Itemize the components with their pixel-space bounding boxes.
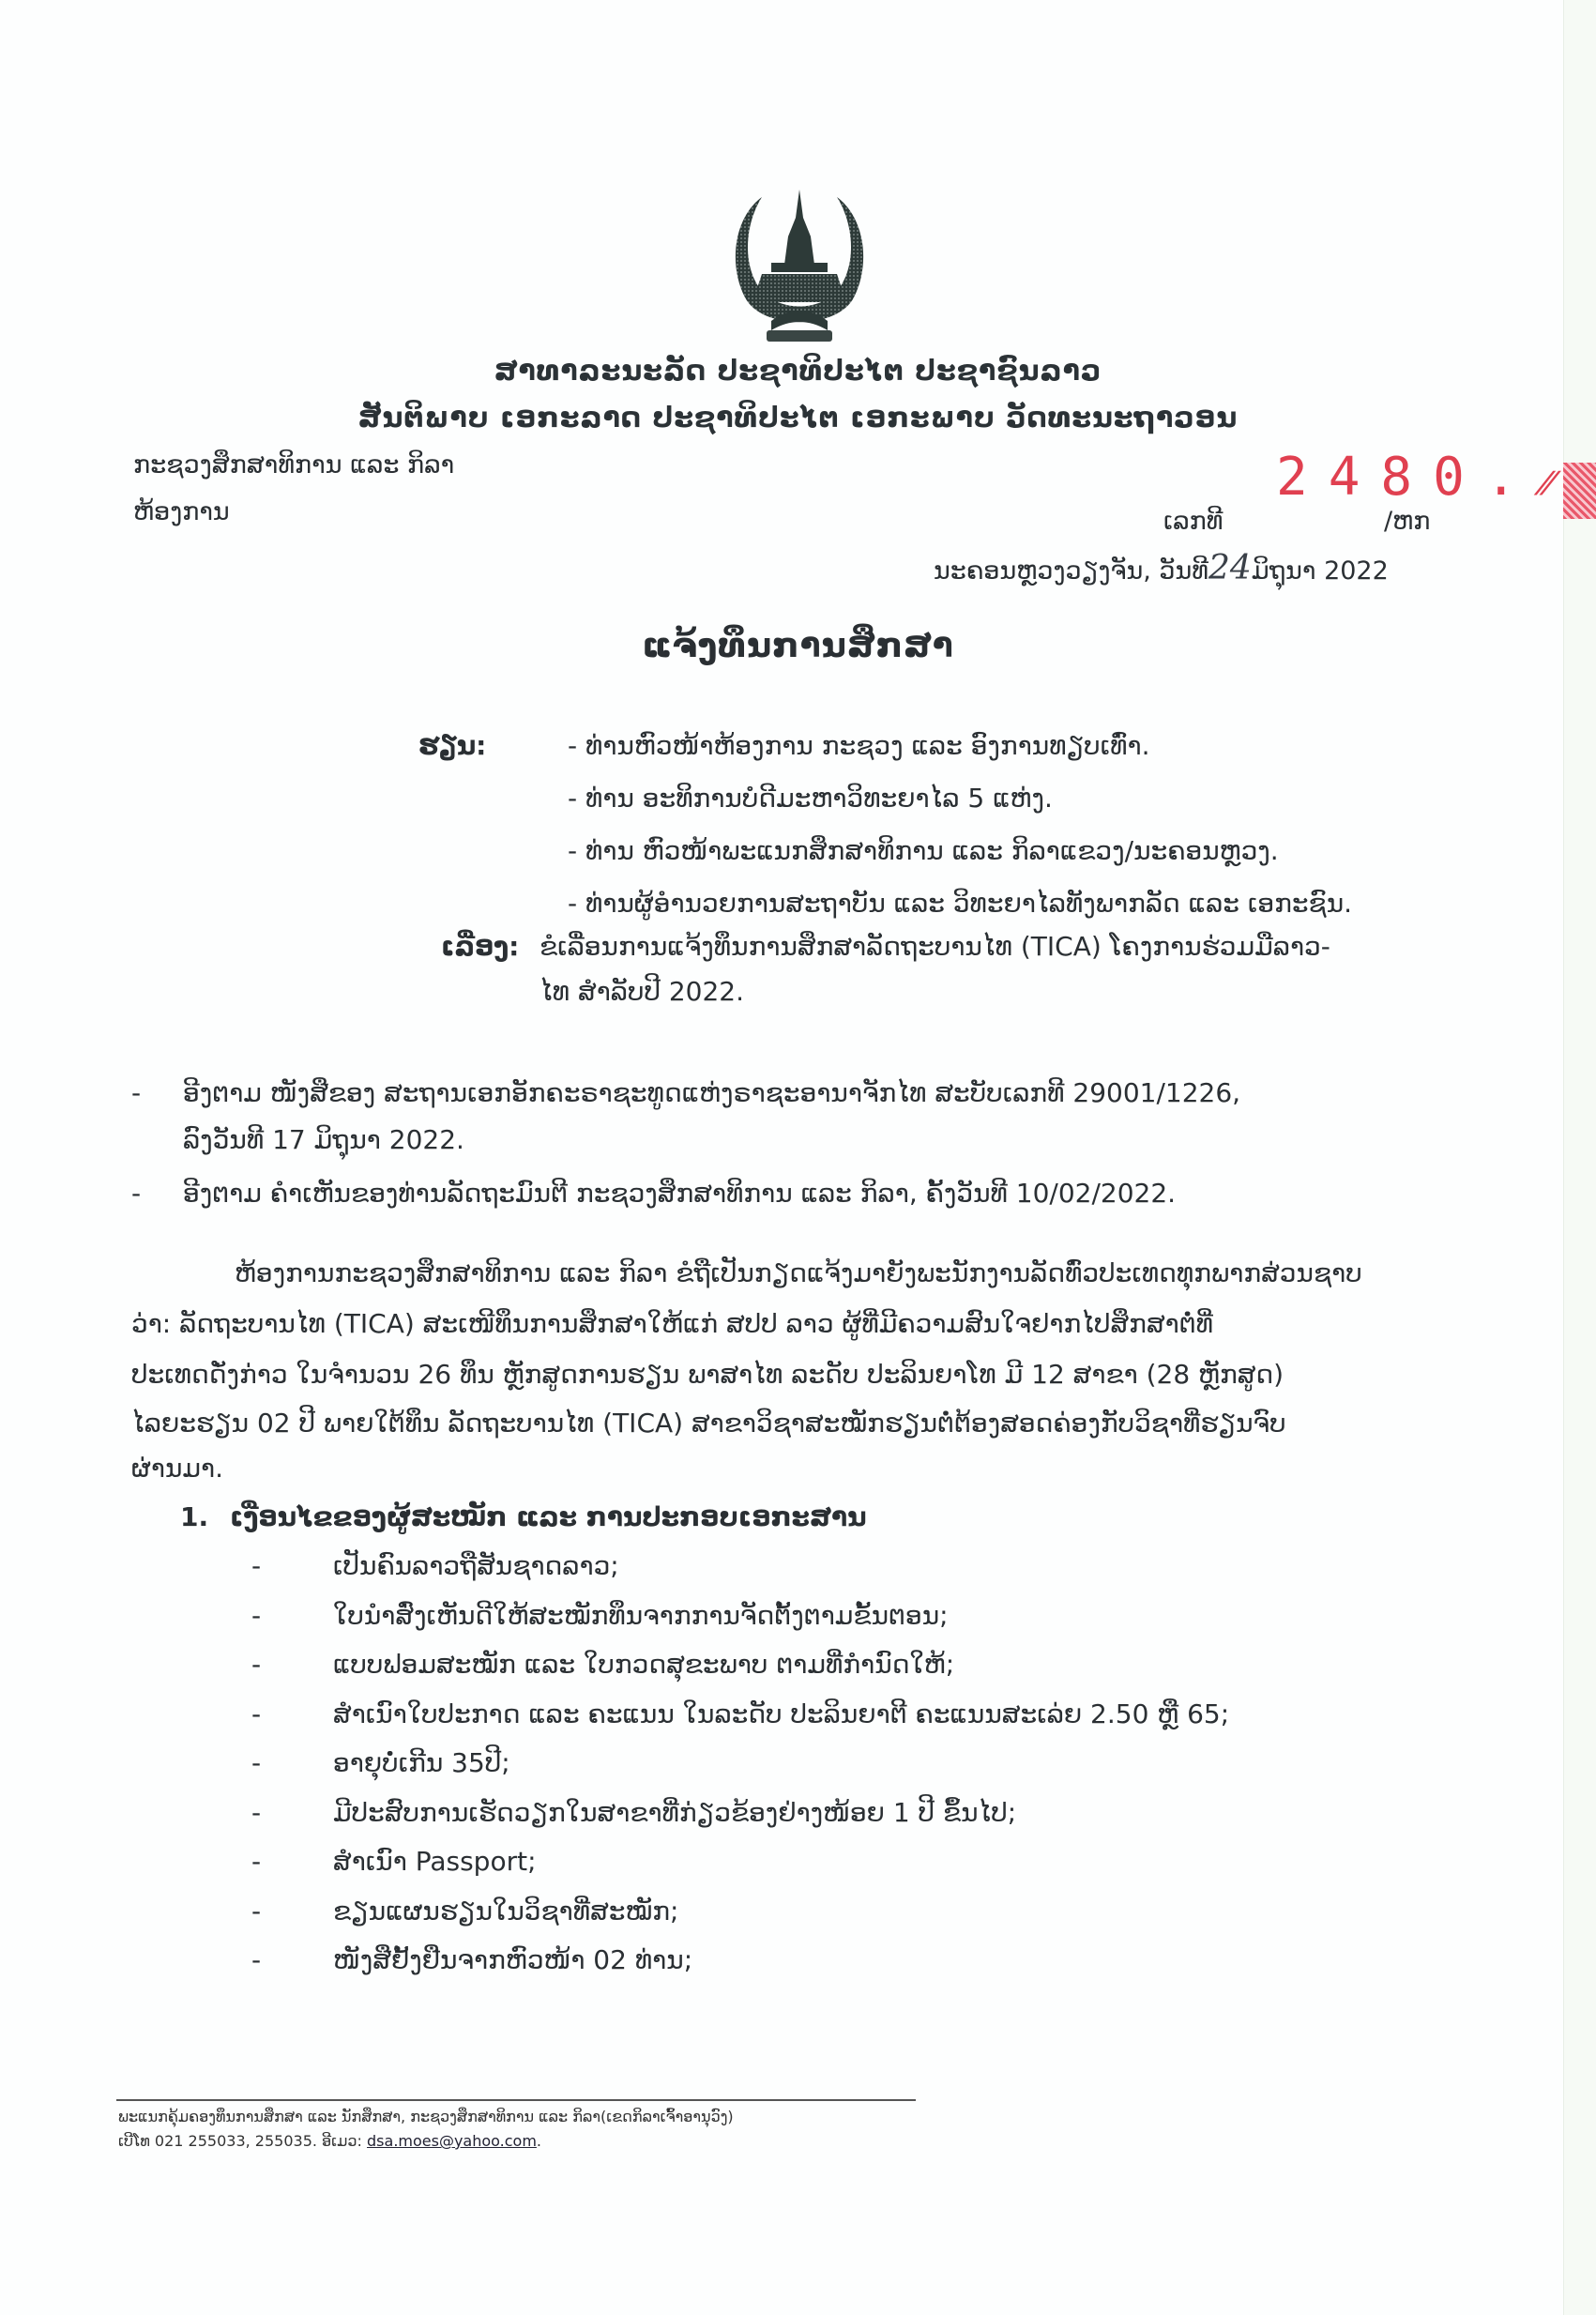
country-name: ສາທາລະນະລັດ ປະຊາທິປະໄຕ ປະຊາຊົນລາວ — [0, 355, 1596, 388]
paragraph-line: ຫ້ອງການກະຊວງສຶກສາທິການ ແລະ ກິລາ ຂໍຖືເປັນ… — [235, 1257, 1362, 1288]
national-motto: ສັນຕິພາບ ເອກະລາດ ປະຊາທິປະໄຕ ເອກະພາບ ວັດທ… — [0, 402, 1596, 434]
section-title: ເງື່ອນໄຂຂອງຜູ້ສະໝັກ ແລະ ການປະກອບເອກະສານ — [230, 1501, 867, 1532]
requirement-item: ຂຽນແຜນຮຽນໃນວິຊາທີ່ສະໝັກ; — [333, 1896, 678, 1927]
section-number: 1. — [180, 1501, 208, 1532]
requirement-bullet: - — [251, 1550, 261, 1581]
subject-line-1: ຂໍເລື່ອນການແຈ້ງທຶນການສຶກສາລັດຖະບານໄທ (TI… — [540, 931, 1330, 962]
registration-stamp: 2480. ⁄⁄ — [1276, 447, 1596, 519]
stamp-scribble: ⁄⁄ — [1543, 465, 1553, 503]
requirement-item: ໜັງສືຢັ້ງຢືນຈາກຫົວໜ້າ 02 ທ່ານ; — [333, 1944, 692, 1975]
date-suffix: ມິຖຸນາ 2022 — [1252, 556, 1389, 586]
requirement-item: ອາຍຸບໍ່ເກີນ 35ປີ; — [333, 1747, 510, 1778]
requirement-bullet: - — [251, 1896, 261, 1927]
stamp-seal-icon — [1563, 463, 1596, 519]
requirement-item: ສໍາເນົາໃບປະກາດ ແລະ ຄະແນນ ໃນລະດັບ ປະລິນຍາ… — [333, 1698, 1229, 1729]
reference-1-line-2: ລົງວັນທີ 17 ມິຖຸນາ 2022. — [183, 1124, 464, 1155]
date-prefix: ນະຄອນຫຼວງວຽງຈັນ, ວັນທີ — [934, 556, 1208, 586]
requirement-item: ສໍາເນົາ Passport; — [333, 1846, 537, 1877]
subject-line-2: ໄທ ສໍາລັບປີ 2022. — [540, 976, 744, 1007]
stamp-number: 2480. — [1276, 447, 1538, 508]
requirement-item: ໃບນໍາສົ່ງເຫັນດີໃຫ້ສະໝັກທຶນຈາກການຈັດຕັ້ງຕ… — [333, 1600, 949, 1631]
requirement-bullet: - — [251, 1944, 261, 1975]
recipients-label: ຮຽນ: — [418, 730, 486, 761]
requirement-bullet: - — [251, 1846, 261, 1877]
recipient-item: - ທ່ານ ຫົວໜ້າພະແນກສຶກສາທິການ ແລະ ກິລາແຂວ… — [568, 835, 1279, 866]
recipient-item: - ທ່ານຫົວໜ້າຫ້ອງການ ກະຊວງ ແລະ ອົງການທຽບເ… — [568, 730, 1149, 761]
footer-divider — [116, 2099, 916, 2101]
reference-label: ເລກທີ — [1163, 507, 1223, 536]
footer-email-link[interactable]: dsa.moes@yahoo.com — [367, 2132, 537, 2150]
requirement-item: ມີປະສົບການເຮັດວຽກໃນສາຂາທີ່ກ່ຽວຂ້ອງຢ່າງໜ້… — [333, 1797, 1016, 1828]
recipient-item: - ທ່ານ ອະທິການບໍດີມະຫາວິທະຍາໄລ 5 ແຫ່ງ. — [568, 783, 1053, 814]
reference-bullet: - — [131, 1178, 141, 1209]
reference-2-line-1: ອີງຕາມ ຄໍາເຫັນຂອງທ່ານລັດຖະມົນຕີ ກະຊວງສຶກ… — [183, 1178, 1176, 1209]
paragraph-line: ໄລຍະຮຽນ 02 ປີ ພາຍໃຕ້ທຶນ ລັດຖະບານໄທ (TICA… — [131, 1408, 1286, 1439]
requirement-item: ແບບຟອມສະໝັກ ແລະ ໃບກວດສຸຂະພາບ ຕາມທີ່ກໍານົ… — [333, 1649, 954, 1680]
footer-phone: ເບີໂທ 021 255033, 255035. ອີເມວ: — [118, 2132, 362, 2150]
paragraph-line: ວ່າ: ລັດຖະບານໄທ (TICA) ສະເໜີທຶນການສຶກສາໃ… — [131, 1308, 1213, 1339]
requirement-bullet: - — [251, 1600, 261, 1631]
scan-edge — [1563, 0, 1596, 2315]
reference-bullet: - — [131, 1077, 141, 1108]
requirement-item: ເປັນຄົນລາວຖືສັນຊາດລາວ; — [333, 1550, 619, 1581]
date-line: ນະຄອນຫຼວງວຽງຈັນ, ວັນທີ24ມິຖຸນາ 2022 — [934, 549, 1389, 587]
document-title: ແຈ້ງທຶນການສຶກສາ — [0, 627, 1596, 665]
recipient-item: - ທ່ານຜູ້ອໍານວຍການສະຖາບັນ ແລະ ວິທະຍາໄລທັ… — [568, 888, 1352, 919]
requirement-bullet: - — [251, 1797, 261, 1828]
footer-contact: ເບີໂທ 021 255033, 255035. ອີເມວ: dsa.moe… — [118, 2132, 541, 2150]
footer-department: ພະແນກຄຸ້ມຄອງທຶນການສຶກສາ ແລະ ນັກສຶກສາ, ກະ… — [118, 2108, 734, 2125]
reference-suffix: /ຫກ — [1384, 507, 1430, 536]
office-name: ຫ້ອງການ — [133, 497, 230, 526]
reference-1-line-1: ອີງຕາມ ໜັງສືຂອງ ສະຖານເອກອັກຄະຣາຊະທູດແຫ່ງ… — [183, 1077, 1240, 1108]
paragraph-line: ປະເທດດັ່ງກ່າວ ໃນຈໍານວນ 26 ທຶນ ຫຼັກສູດການ… — [131, 1359, 1284, 1390]
requirement-bullet: - — [251, 1747, 261, 1778]
lao-national-emblem-icon — [724, 180, 874, 347]
subject-label: ເລື່ອງ: — [441, 931, 519, 962]
requirement-bullet: - — [251, 1698, 261, 1729]
requirement-bullet: - — [251, 1649, 261, 1680]
ministry-name: ກະຊວງສຶກສາທິການ ແລະ ກິລາ — [133, 450, 454, 480]
date-day-handwritten: 24 — [1208, 549, 1252, 587]
footer-end: . — [537, 2132, 541, 2150]
paragraph-line: ຜ່ານມາ. — [131, 1453, 223, 1484]
